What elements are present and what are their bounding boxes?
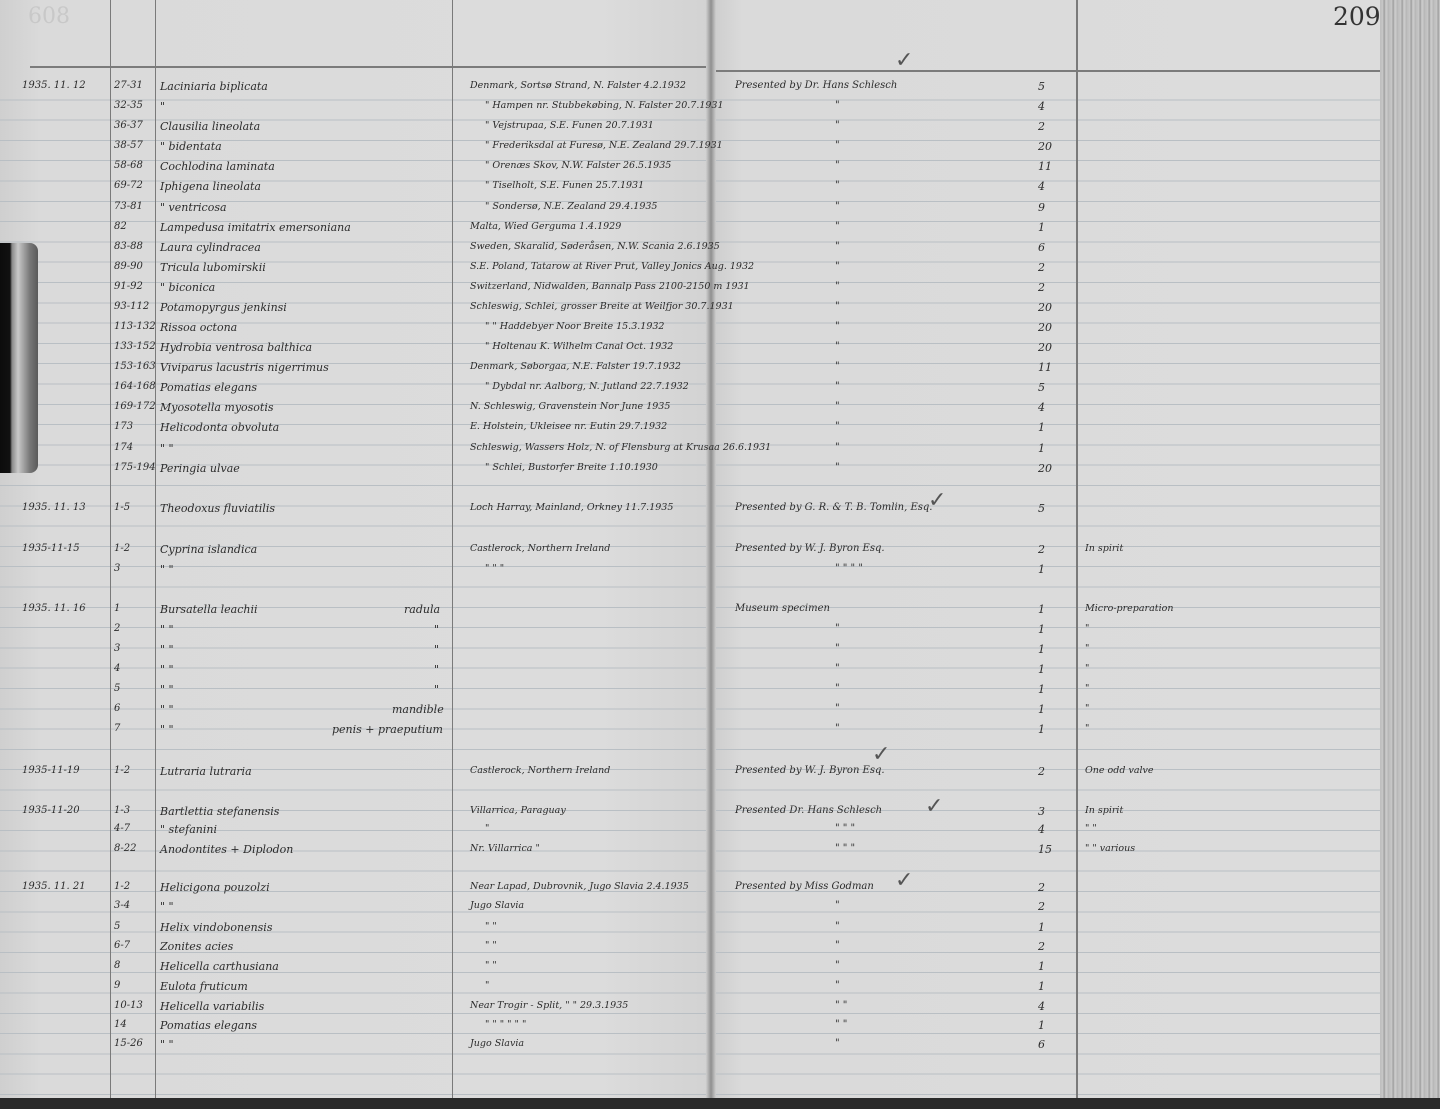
entry-num: 1-2 — [114, 765, 130, 776]
entry-qty: 2 — [1038, 900, 1045, 913]
entry-name: Pomatias elegans — [160, 381, 257, 394]
entry-num: 83-88 — [114, 241, 143, 252]
entry-don: " — [835, 643, 840, 654]
entry-sub: radula — [404, 603, 440, 616]
entry-loc: " Frederiksdal at Furesø, N.E. Zealand 2… — [485, 140, 723, 151]
entry-loc: Denmark, Søborgaa, N.E. Falster 19.7.193… — [470, 361, 681, 372]
entry-num: 5 — [114, 683, 120, 694]
entry-don: " — [835, 221, 840, 232]
entry-don: Presented Dr. Hans Schlesch — [735, 805, 882, 816]
entry-num: 1-3 — [114, 805, 130, 816]
entry-qty: 20 — [1038, 341, 1052, 354]
entry-sub: penis + praeputium — [332, 723, 443, 736]
entry-rem: " — [1085, 663, 1089, 674]
entry-don: " — [835, 703, 840, 714]
entry-loc: " — [485, 823, 489, 834]
entry-num: 3 — [114, 643, 120, 654]
entry-date: 1935-11-15 — [22, 543, 80, 554]
checkmark-icon: ✓ — [928, 488, 946, 513]
entry-name: " " — [160, 723, 174, 736]
entry-loc: Jugo Slavia — [470, 1038, 524, 1049]
entry-don: " — [835, 241, 840, 252]
entry-name: Zonites acies — [160, 940, 233, 953]
entry-num: 5 — [114, 921, 120, 932]
entry-num: 6 — [114, 703, 120, 714]
page-edges — [1380, 0, 1440, 1102]
entry-don: Presented by W. J. Byron Esq. — [735, 765, 885, 776]
entry-sub: " — [434, 683, 439, 696]
entry-name: Pomatias elegans — [160, 1019, 257, 1032]
entry-loc: E. Holstein, Ukleisee nr. Eutin 29.7.193… — [470, 421, 667, 432]
entry-rem: " — [1085, 683, 1089, 694]
entry-don: " — [835, 980, 840, 991]
entry-name: Potamopyrgus jenkinsi — [160, 301, 287, 314]
entry-loc: " Holtenau K. Wilhelm Canal Oct. 1932 — [485, 341, 673, 352]
entry-name: Iphigena lineolata — [160, 180, 261, 193]
entry-don: " — [835, 361, 840, 372]
entry-qty: 1 — [1038, 683, 1045, 696]
entry-qty: 4 — [1038, 180, 1045, 193]
entry-qty: 1 — [1038, 1019, 1045, 1032]
entry-loc: Loch Harray, Mainland, Orkney 11.7.1935 — [470, 502, 673, 513]
entry-name: " biconica — [160, 281, 215, 294]
entry-loc: Denmark, Sortsø Strand, N. Falster 4.2.1… — [470, 80, 686, 91]
entry-name: Helicigona pouzolzi — [160, 881, 270, 894]
entry-name: " " — [160, 563, 174, 576]
entry-num: 133-152 — [114, 341, 156, 352]
entry-loc: " — [485, 980, 489, 991]
entry-loc: " Hampen nr. Stubbekøbing, N. Falster 20… — [485, 100, 724, 111]
entry-loc: " Orenæs Skov, N.W. Falster 26.5.1935 — [485, 160, 671, 171]
entry-num: 173 — [114, 421, 133, 432]
entry-don: " — [835, 421, 840, 432]
entry-name: " " — [160, 1038, 174, 1051]
entry-don: " — [835, 921, 840, 932]
entry-don: " — [835, 120, 840, 131]
entry-don: " — [835, 341, 840, 352]
entry-rem: In spirit — [1085, 805, 1123, 816]
entry-qty: 2 — [1038, 940, 1045, 953]
checkmark-icon: ✓ — [895, 48, 913, 73]
entry-qty: 2 — [1038, 543, 1045, 556]
entry-don: " " — [835, 1019, 847, 1030]
ruled-lines — [712, 80, 1380, 1100]
entry-qty: 5 — [1038, 502, 1045, 515]
entry-qty: 4 — [1038, 401, 1045, 414]
entry-rem: In spirit — [1085, 543, 1123, 554]
entry-qty: 4 — [1038, 823, 1045, 836]
entry-don: " — [835, 462, 840, 473]
entry-num: 10-13 — [114, 1000, 143, 1011]
checkmark-icon: ✓ — [925, 794, 943, 819]
entry-qty: 1 — [1038, 442, 1045, 455]
entry-name: " " — [160, 900, 174, 913]
entry-qty: 20 — [1038, 321, 1052, 334]
entry-date: 1935. 11. 13 — [22, 502, 86, 513]
entry-qty: 20 — [1038, 301, 1052, 314]
entry-loc: N. Schleswig, Gravenstein Nor June 1935 — [470, 401, 670, 412]
entry-qty: 4 — [1038, 100, 1045, 113]
entry-sub: " — [434, 663, 439, 676]
entry-num: 1 — [114, 603, 120, 614]
entry-qty: 1 — [1038, 723, 1045, 736]
entry-loc: Villarrica, Paraguay — [470, 805, 566, 816]
entry-rem: " — [1085, 643, 1089, 654]
entry-num: 9 — [114, 980, 120, 991]
entry-don: " — [835, 401, 840, 412]
entry-loc: Schleswig, Schlei, grosser Breite at Wei… — [470, 301, 734, 312]
entry-sub: " — [434, 623, 439, 636]
entry-name: Helicella carthusiana — [160, 960, 279, 973]
entry-qty: 1 — [1038, 921, 1045, 934]
entry-don: " — [835, 683, 840, 694]
entry-qty: 15 — [1038, 843, 1052, 856]
entry-rem: " " — [1085, 823, 1097, 834]
entry-qty: 1 — [1038, 603, 1045, 616]
entry-qty: 6 — [1038, 241, 1045, 254]
entry-name: " " — [160, 442, 174, 455]
entry-num: 73-81 — [114, 201, 143, 212]
entry-num: 4 — [114, 663, 120, 674]
entry-num: 3 — [114, 563, 120, 574]
entry-name: " " — [160, 663, 174, 676]
entry-qty: 1 — [1038, 221, 1045, 234]
entry-name: " " — [160, 683, 174, 696]
entry-don: Museum specimen — [735, 603, 830, 614]
entry-num: 89-90 — [114, 261, 143, 272]
entry-don: Presented by G. R. & T. B. Tomlin, Esq. — [735, 502, 933, 513]
entry-don: " — [835, 442, 840, 453]
entry-num: 32-35 — [114, 100, 143, 111]
entry-name: " stefanini — [160, 823, 217, 836]
header-rule — [30, 66, 712, 68]
entry-qty: 2 — [1038, 120, 1045, 133]
entry-num: 82 — [114, 221, 127, 232]
entry-date: 1935. 11. 21 — [22, 881, 86, 892]
entry-name: " " — [160, 703, 174, 716]
entry-num: 91-92 — [114, 281, 143, 292]
entry-num: 1-5 — [114, 502, 130, 513]
entry-name: Bartlettia stefanensis — [160, 805, 279, 818]
entry-name: Lutraria lutraria — [160, 765, 252, 778]
entry-qty: 3 — [1038, 805, 1045, 818]
column-divider-number — [155, 0, 156, 1100]
entry-rem: " " various — [1085, 843, 1135, 854]
entry-loc: S.E. Poland, Tatarow at River Prut, Vall… — [470, 261, 754, 272]
entry-qty: 6 — [1038, 1038, 1045, 1051]
entry-name: Myosotella myosotis — [160, 401, 274, 414]
entry-name: Lampedusa imitatrix emersoniana — [160, 221, 351, 234]
entry-don: " " " — [835, 843, 855, 854]
entry-num: 4-7 — [114, 823, 130, 834]
entry-don: " — [835, 663, 840, 674]
entry-name: " " — [160, 623, 174, 636]
entry-qty: 5 — [1038, 381, 1045, 394]
entry-name: " bidentata — [160, 140, 222, 153]
entry-qty: 1 — [1038, 980, 1045, 993]
entry-num: 164-168 — [114, 381, 156, 392]
entry-qty: 2 — [1038, 765, 1045, 778]
entry-qty: 1 — [1038, 563, 1045, 576]
entry-loc: Near Lapad, Dubrovnik, Jugo Slavia 2.4.1… — [470, 881, 689, 892]
entry-rem: Micro-preparation — [1085, 603, 1173, 614]
entry-loc: Switzerland, Nidwalden, Bannalp Pass 210… — [470, 281, 750, 292]
entry-loc: Castlerock, Northern Ireland — [470, 543, 610, 554]
entry-qty: 4 — [1038, 1000, 1045, 1013]
entry-num: 1-2 — [114, 881, 130, 892]
entry-qty: 9 — [1038, 201, 1045, 214]
ruled-lines — [0, 80, 712, 1100]
entry-loc: " Vejstrupaa, S.E. Funen 20.7.1931 — [485, 120, 654, 131]
entry-date: 1935-11-20 — [22, 805, 80, 816]
entry-loc: Schleswig, Wassers Holz, N. of Flensburg… — [470, 442, 771, 453]
entry-name: Rissoa octona — [160, 321, 237, 334]
table-surface — [0, 1098, 1440, 1109]
entry-num: 6-7 — [114, 940, 130, 951]
entry-loc: " Sondersø, N.E. Zealand 29.4.1935 — [485, 201, 657, 212]
entry-don: " — [835, 140, 840, 151]
entry-num: 175-194 — [114, 462, 156, 473]
entry-don: " — [835, 960, 840, 971]
entry-qty: 1 — [1038, 623, 1045, 636]
entry-name: " ventricosa — [160, 201, 227, 214]
entry-num: 169-172 — [114, 401, 156, 412]
entry-name: " — [160, 100, 165, 113]
checkmark-icon: ✓ — [895, 868, 913, 893]
entry-loc: " Tiselholt, S.E. Funen 25.7.1931 — [485, 180, 644, 191]
entry-don: " — [835, 201, 840, 212]
entry-rem: " — [1085, 723, 1089, 734]
page-number: 209 — [1333, 2, 1381, 31]
entry-name: Cyprina islandica — [160, 543, 257, 556]
entry-name: Tricula lubomirskii — [160, 261, 266, 274]
entry-num: 14 — [114, 1019, 127, 1030]
entry-don: " " " — [835, 823, 855, 834]
column-divider-date — [110, 0, 111, 1100]
entry-qty: 1 — [1038, 421, 1045, 434]
entry-qty: 2 — [1038, 261, 1045, 274]
entry-don: Presented by Dr. Hans Schlesch — [735, 80, 897, 91]
entry-name: Cochlodina laminata — [160, 160, 275, 173]
entry-qty: 20 — [1038, 462, 1052, 475]
entry-don: Presented by W. J. Byron Esq. — [735, 543, 885, 554]
entry-don: Presented by Miss Godman — [735, 881, 874, 892]
entry-don: " — [835, 723, 840, 734]
entry-rem: " — [1085, 703, 1089, 714]
entry-don: " — [835, 381, 840, 392]
entry-loc: Castlerock, Northern Ireland — [470, 765, 610, 776]
entry-loc: Near Trogir - Split, " " 29.3.1935 — [470, 1000, 628, 1011]
entry-loc: Nr. Villarrica " — [470, 843, 540, 854]
entry-num: 27-31 — [114, 80, 143, 91]
entry-num: 3-4 — [114, 900, 130, 911]
entry-don: " — [835, 180, 840, 191]
entry-don: " — [835, 900, 840, 911]
entry-don: " — [835, 301, 840, 312]
entry-loc: " " — [485, 960, 497, 971]
entry-num: 113-132 — [114, 321, 156, 332]
entry-num: 1-2 — [114, 543, 130, 554]
entry-name: Helicodonta obvoluta — [160, 421, 279, 434]
entry-don: " — [835, 1038, 840, 1049]
entry-qty: 20 — [1038, 140, 1052, 153]
entry-num: 93-112 — [114, 301, 149, 312]
entry-num: 8 — [114, 960, 120, 971]
entry-loc: " " — [485, 921, 497, 932]
entry-loc: " Dybdal nr. Aalborg, N. Jutland 22.7.19… — [485, 381, 689, 392]
entry-loc: " " " — [485, 563, 504, 574]
entry-name: Anodontites + Diplodon — [160, 843, 293, 856]
entry-name: Laura cylindracea — [160, 241, 261, 254]
entry-qty: 1 — [1038, 643, 1045, 656]
entry-don: " — [835, 321, 840, 332]
entry-don: " — [835, 940, 840, 951]
entry-don: " — [835, 160, 840, 171]
binder-clip-icon — [0, 243, 38, 473]
entry-name: Theodoxus fluviatilis — [160, 502, 275, 515]
entry-name: Laciniaria biplicata — [160, 80, 268, 93]
entry-date: 1935-11-19 — [22, 765, 80, 776]
entry-num: 7 — [114, 723, 120, 734]
entry-num: 38-57 — [114, 140, 143, 151]
entry-don: " " — [835, 1000, 847, 1011]
entry-qty: 5 — [1038, 80, 1045, 93]
entry-num: 58-68 — [114, 160, 143, 171]
entry-name: Peringia ulvae — [160, 462, 240, 475]
ghost-page-number: 608 — [28, 4, 70, 29]
entry-qty: 2 — [1038, 281, 1045, 294]
entry-don: " — [835, 261, 840, 272]
entry-sub: " — [434, 643, 439, 656]
entry-name: Eulota fruticum — [160, 980, 248, 993]
entry-name: Bursatella leachii — [160, 603, 258, 616]
entry-name: Clausilia lineolata — [160, 120, 260, 133]
entry-don: " " " " — [835, 563, 863, 574]
entry-num: 174 — [114, 442, 133, 453]
entry-qty: 11 — [1038, 160, 1052, 173]
entry-loc: Sweden, Skaralid, Søderåsen, N.W. Scania… — [470, 241, 720, 252]
entry-loc: " Schlei, Bustorfer Breite 1.10.1930 — [485, 462, 658, 473]
entry-date: 1935. 11. 12 — [22, 80, 86, 91]
entry-num: 8-22 — [114, 843, 136, 854]
column-divider-extra — [1077, 0, 1078, 1100]
entry-num: 2 — [114, 623, 120, 634]
entry-name: Viviparus lacustris nigerrimus — [160, 361, 329, 374]
entry-num: 69-72 — [114, 180, 143, 191]
entry-loc: " " " " " " — [485, 1019, 526, 1030]
entry-qty: 1 — [1038, 703, 1045, 716]
entry-rem: " — [1085, 623, 1089, 634]
entry-qty: 2 — [1038, 881, 1045, 894]
entry-num: 36-37 — [114, 120, 143, 131]
entry-qty: 1 — [1038, 663, 1045, 676]
entry-don: " — [835, 281, 840, 292]
column-divider-name — [452, 0, 453, 1100]
header-rule — [712, 70, 1380, 72]
checkmark-icon: ✓ — [872, 742, 890, 767]
entry-loc: Jugo Slavia — [470, 900, 524, 911]
entry-rem: One odd valve — [1085, 765, 1154, 776]
entry-name: Helix vindobonensis — [160, 921, 272, 934]
entry-name: " " — [160, 643, 174, 656]
entry-num: 153-163 — [114, 361, 156, 372]
entry-qty: 1 — [1038, 960, 1045, 973]
entry-sub: mandible — [392, 703, 444, 716]
entry-loc: Malta, Wied Gerguma 1.4.1929 — [470, 221, 621, 232]
entry-loc: " " — [485, 940, 497, 951]
entry-name: Helicella variabilis — [160, 1000, 264, 1013]
entry-date: 1935. 11. 16 — [22, 603, 86, 614]
book-gutter — [706, 0, 716, 1100]
entry-don: " — [835, 623, 840, 634]
column-divider-qty-left — [1076, 0, 1077, 1100]
entry-loc: " " Haddebyer Noor Breite 15.3.1932 — [485, 321, 664, 332]
entry-name: Hydrobia ventrosa balthica — [160, 341, 312, 354]
entry-don: " — [835, 100, 840, 111]
entry-qty: 11 — [1038, 361, 1052, 374]
entry-num: 15-26 — [114, 1038, 143, 1049]
